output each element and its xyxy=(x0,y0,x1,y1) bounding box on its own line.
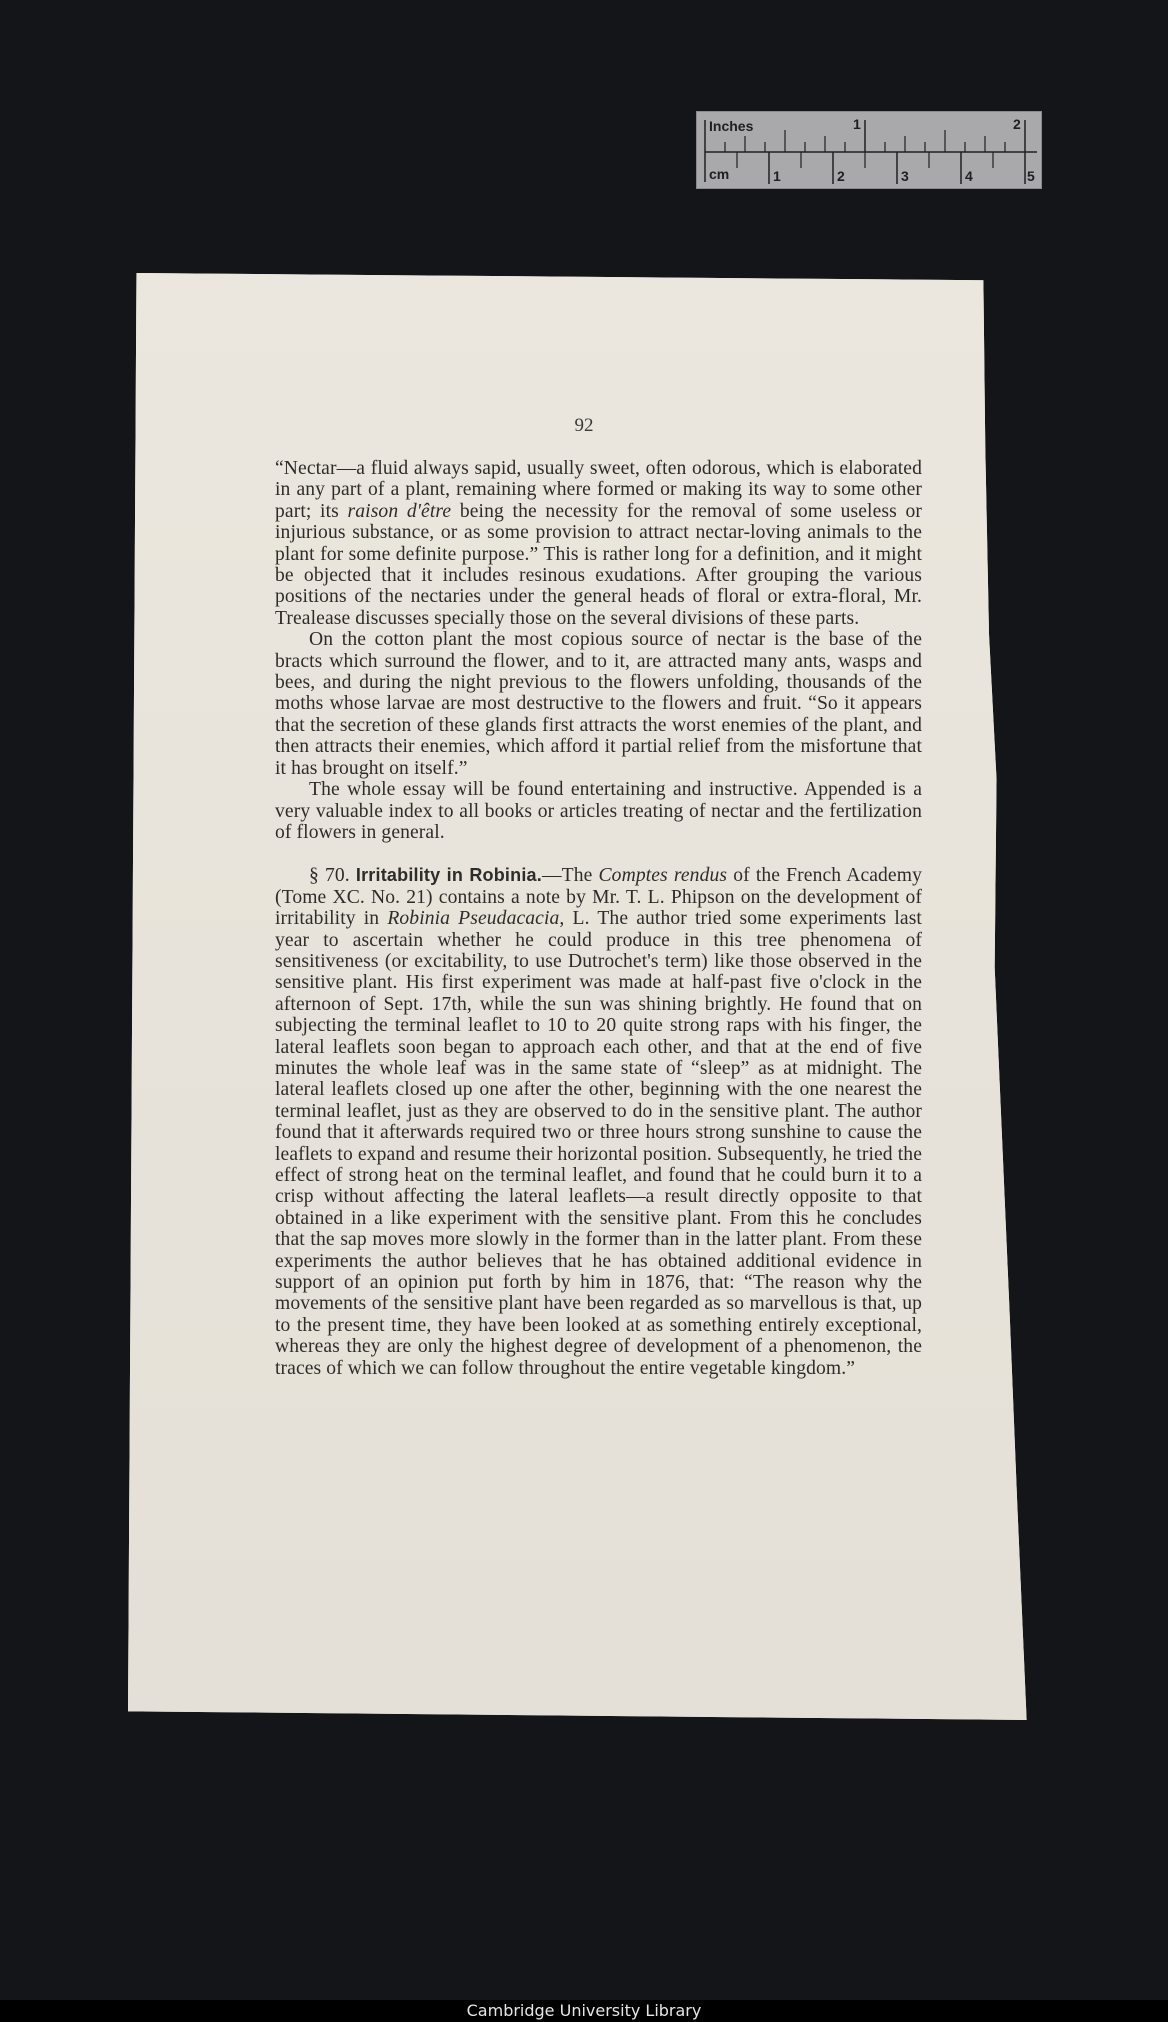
inches-label: Inches xyxy=(709,118,753,134)
paragraph-essay-summary: The whole essay will be found entertaini… xyxy=(275,779,922,843)
text-run: —The xyxy=(542,865,599,886)
text-run: , L. The author tried some experiments l… xyxy=(275,908,922,1379)
cm-mark-1: 1 xyxy=(773,168,781,184)
footer-credit: Cambridge University Library xyxy=(0,2000,1168,2022)
italic-run: Robinia Pseudacacia xyxy=(387,908,559,929)
text-run: The whole essay will be found entertaini… xyxy=(275,779,922,843)
italic-run: Comptes rendus xyxy=(599,865,728,886)
italic-run: raison d'être xyxy=(348,501,452,522)
cm-mark-5: 5 xyxy=(1027,168,1035,184)
text-run: On the cotton plant the most copious sou… xyxy=(275,629,922,778)
inch-mark-1: 1 xyxy=(853,116,861,132)
section-70-robinia: § 70. Irritability in Robinia.—The Compt… xyxy=(275,865,922,1379)
section-number: § 70. xyxy=(309,865,356,886)
paragraph-cotton-plant: On the cotton plant the most copious sou… xyxy=(275,629,922,779)
cm-mark-3: 3 xyxy=(901,168,909,184)
cm-mark-4: 4 xyxy=(965,168,973,184)
inch-mark-2: 2 xyxy=(1013,116,1021,132)
page-number: 92 xyxy=(0,415,1168,437)
cm-mark-2: 2 xyxy=(837,168,845,184)
scale-ruler: Inches 1 2 cm 1 2 3 4 5 xyxy=(696,111,1042,189)
cm-label: cm xyxy=(709,166,729,182)
paragraph-nectar-definition: “Nectar—a fluid always sapid, usually sw… xyxy=(275,458,922,629)
body-text: “Nectar—a fluid always sapid, usually sw… xyxy=(275,458,922,1379)
section-title: Irritability in Robinia. xyxy=(356,865,542,885)
